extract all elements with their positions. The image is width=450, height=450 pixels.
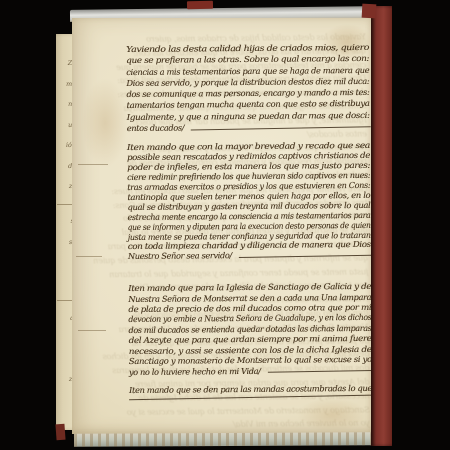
flourish-rule <box>191 127 371 131</box>
paragraph-clause-2: Iten mando que con la mayor brevedad y r… <box>127 141 373 262</box>
line-text: Iten mando que se den para las mandas ac… <box>129 383 372 396</box>
manuscript-photo: tZománeuéióndezas:sééralxqzeky Yaviendo … <box>0 0 450 450</box>
line-text: Sanctiago y monasterio de Montserrat lo … <box>129 354 372 367</box>
showthrough-line: Sanctiago y monasterio de Montserrat lo … <box>74 403 370 420</box>
page-bottom-edge <box>74 432 371 447</box>
line-text: Nuestro Señor sea servido/ <box>128 251 232 262</box>
verso-separator-dash <box>78 164 108 165</box>
paper-stain <box>82 78 128 168</box>
text-block: Yaviendo las desta calidad hijas de cria… <box>126 42 373 400</box>
paragraph-clause-4: Iten mando que se den para las mandas ac… <box>129 383 373 400</box>
verso-separator-dash <box>76 256 102 257</box>
paper-surface: Yaviendo las desta calidad hijas de cria… <box>72 18 373 434</box>
manuscript-line: yo no lo huviere hecho en mi Vida/ <box>129 364 373 377</box>
cover-red-mark <box>187 1 213 9</box>
paragraph-clause-1: Yaviendo las desta calidad hijas de cria… <box>126 42 373 135</box>
line-text: Igualmente, y que a ninguna se puedan da… <box>127 110 370 123</box>
verso-separator-dash <box>78 330 106 331</box>
showthrough-line: yo no lo huviere hecho en mi Vida/ <box>74 417 370 434</box>
manuscript-line: entos ducados/ <box>127 121 373 134</box>
manuscript-line: Iten mando que se den para las mandas ac… <box>129 383 373 396</box>
manuscript-line: con toda limpieza charidad y diligencia … <box>128 240 373 252</box>
line-text: yo no lo huviere hecho en mi Vida/ <box>129 365 261 377</box>
manuscript-page: Yaviendo las desta calidad hijas de cria… <box>72 8 373 446</box>
paragraph-clause-3: Iten mando que para la Iglesia de Sancti… <box>128 281 373 377</box>
manuscript-line: Igualmente, y que a ninguna se puedan da… <box>127 110 373 123</box>
manuscript-line: Sanctiago y monasterio de Montserrat lo … <box>129 354 373 367</box>
book-cover-spine <box>371 6 392 446</box>
paper-stain <box>297 398 367 432</box>
flourish-rule <box>239 255 372 258</box>
line-text: con toda limpieza charidad y diligencia … <box>128 240 371 252</box>
line-text: entos ducados/ <box>127 123 184 135</box>
flourish-rule <box>268 370 373 373</box>
cover-corner <box>362 4 377 19</box>
cover-foot-edge <box>55 424 65 441</box>
